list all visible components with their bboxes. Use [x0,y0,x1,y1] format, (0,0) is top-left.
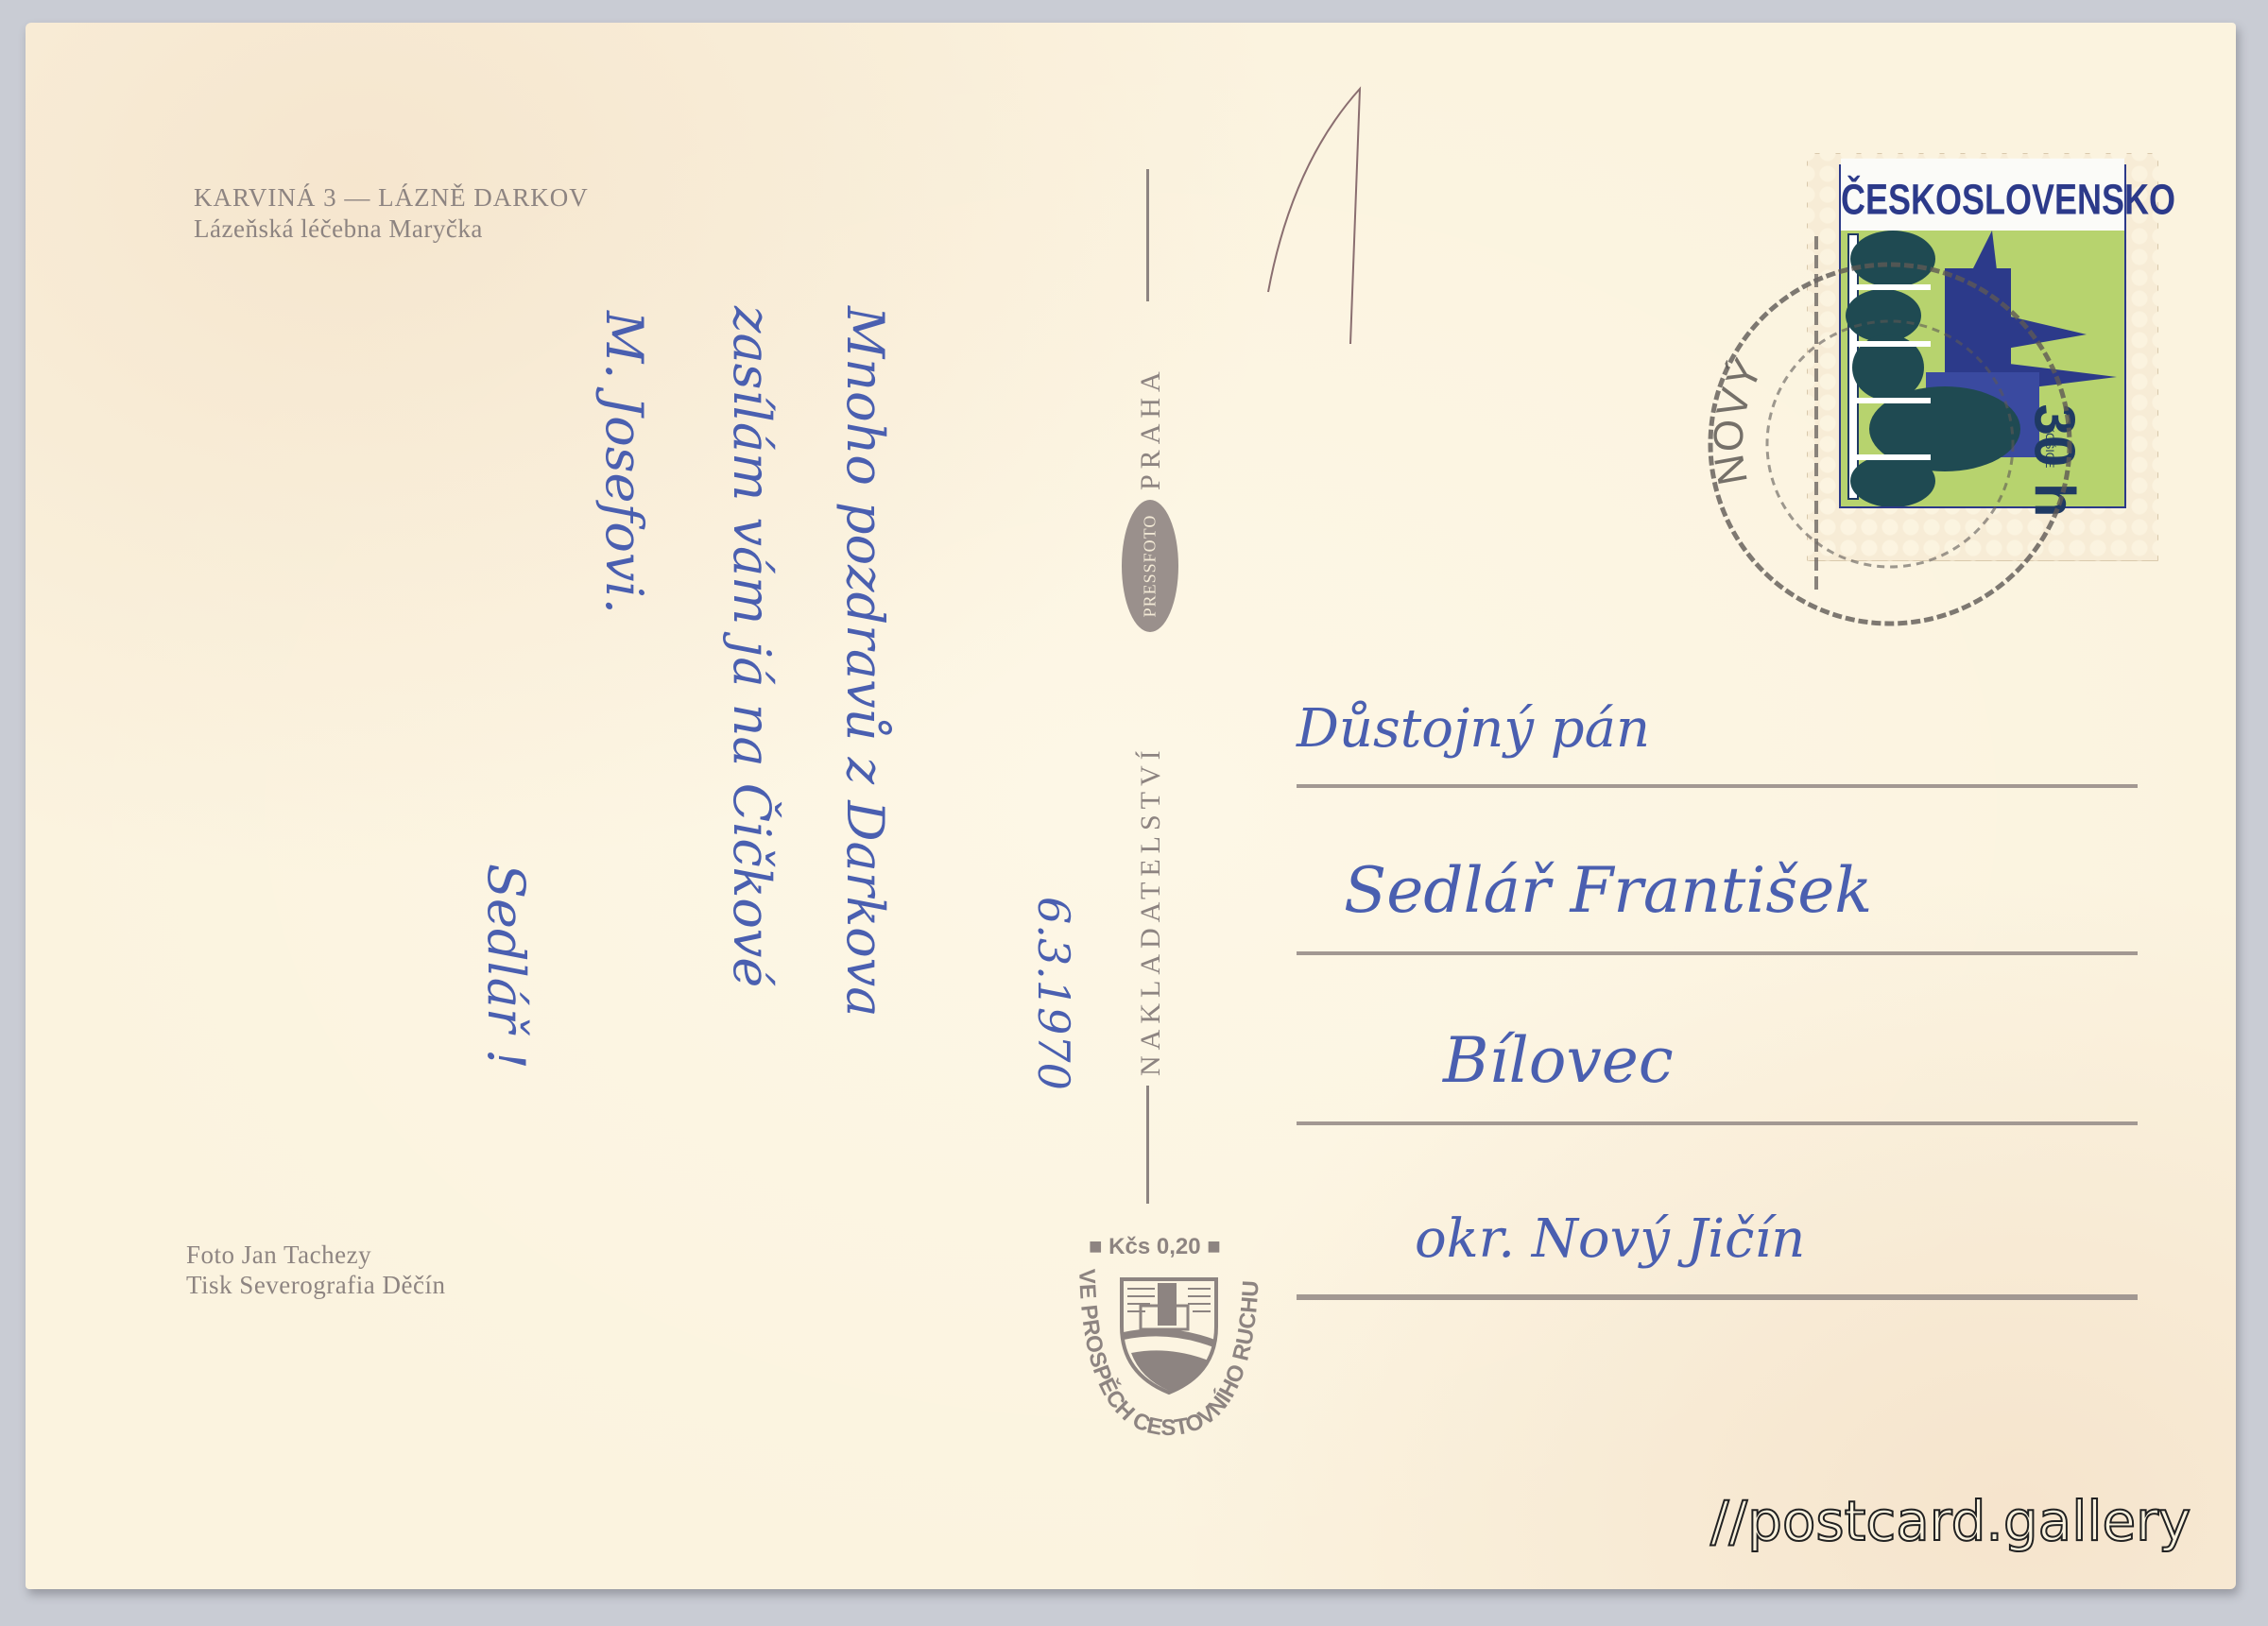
postage-stamp: ČESKOSLOVENSKO [1807,153,2156,559]
divider-bottom [1146,1086,1149,1204]
pencil-mark [1254,79,1386,344]
print-credit: Tisk Severografia Děčín [186,1271,445,1300]
address-line-4: okr. Nový Jičín [1415,1208,1805,1270]
address-line-2: Sedlář František [1344,854,1872,927]
message-line-2: zasílám vám já na Čičkové [722,306,782,987]
address-line-1: Důstojný pán [1297,698,1650,760]
pressfoto-logo-text: PRESSFOTO [1141,515,1160,618]
address-rule-3 [1297,1121,2138,1125]
pressfoto-logo: PRESSFOTO [1122,500,1178,632]
signature: Sedlář ! [476,864,536,1070]
publisher-name: NAKLADATELSTVÍ [1135,745,1167,1076]
stamp-face: ČESKOSLOVENSKO [1839,164,2126,508]
photo-credit: Foto Jan Tachezy [186,1241,371,1270]
svg-text:VE PROSPĚCH CESTOVNÍHO RUCHU: VE PROSPĚCH CESTOVNÍHO RUCHU [1074,1269,1263,1442]
publisher-city: PRAHA [1135,366,1167,490]
address-rule-2 [1297,951,2138,955]
caption-subtitle: Lázeňská léčebna Maryčka [194,214,483,244]
stamp-artwork: KOŠICE 30 h [1841,231,2124,506]
divider-top [1146,169,1149,301]
tourism-motto-arc: VE PROSPĚCH CESTOVNÍHO RUCHU [1060,1246,1278,1445]
message-line-1: Mnoho pozdravů z Darkova [835,306,895,1017]
address-rule-1 [1297,784,2138,788]
address-line-3: Bílovec [1443,1024,1674,1097]
date: 6.3.1970 [1028,897,1079,1090]
address-rule-4 [1297,1294,2138,1300]
tourism-motto: VE PROSPĚCH CESTOVNÍHO RUCHU [1074,1269,1263,1442]
message-line-3: M. Josefovi. [594,311,654,614]
caption-title: KARVINÁ 3 — LÁZNĚ DARKOV [194,183,589,213]
stamp-country: ČESKOSLOVENSKO [1841,159,2124,237]
watermark: //postcard.gallery [1710,1489,2191,1553]
stamp-value: 30 h [2021,403,2087,517]
